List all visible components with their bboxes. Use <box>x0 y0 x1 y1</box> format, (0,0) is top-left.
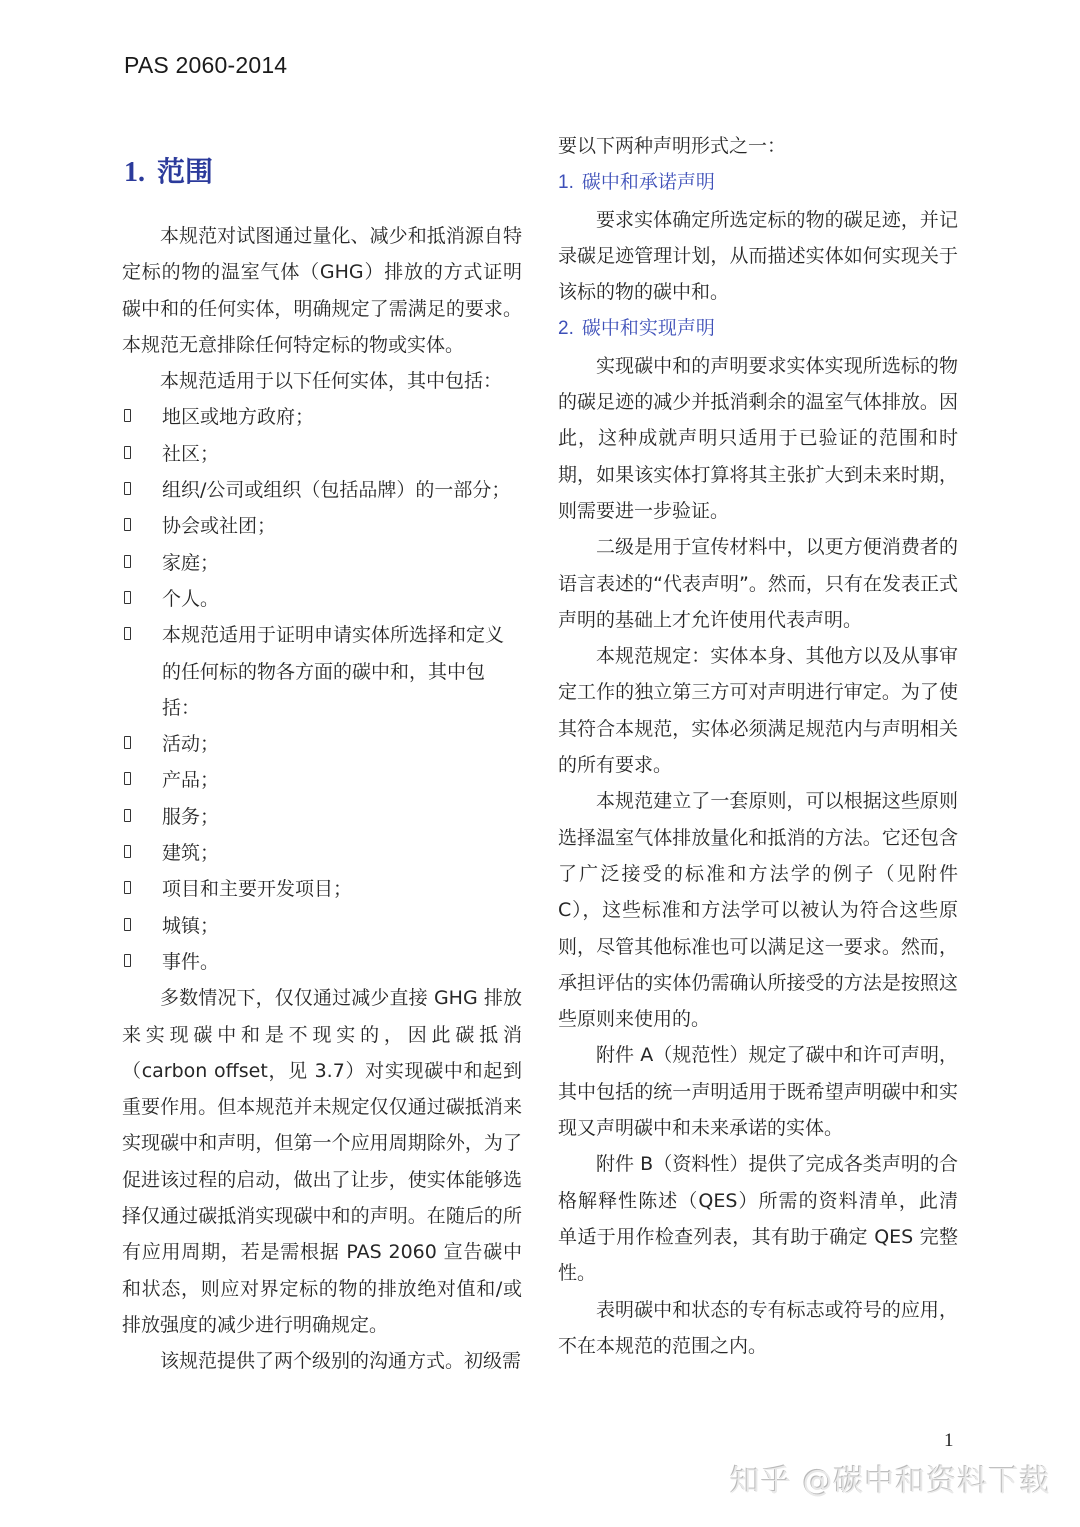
subjects-list: 活动； 产品； 服务； 建筑； 项目和主要开发项目； 城镇； 事件。 <box>122 726 522 980</box>
list-item: 活动； <box>122 726 522 762</box>
bullet-box-icon <box>124 446 131 459</box>
bullet-box-icon <box>124 809 131 822</box>
bullet-box-icon <box>124 627 131 640</box>
section-title-text: 范围 <box>157 155 213 188</box>
continuation-text: 要以下两种声明形式之一： <box>558 128 958 164</box>
list-item: 社区； <box>122 436 522 472</box>
paragraph-annex-a: 附件 A（规范性）规定了碳中和许可声明，其中包括的统一声明适用于既希望声明碳中和… <box>558 1037 958 1146</box>
paragraph-qualifying-explanatory: 二级是用于宣传材料中，以更方便消费者的语言表述的“代表声明”。然而，只有在发表正… <box>558 529 958 638</box>
running-header: PAS 2060-2014 <box>124 52 287 79</box>
declaration-body-commitment: 要求实体确定所选定标的物的碳足迹，并记录碳足迹管理计划，从而描述实体如何实现关于… <box>558 202 958 311</box>
bullet-box-icon <box>124 518 131 531</box>
bullet-box-icon <box>124 409 131 422</box>
paragraph-logo-scope: 表明碳中和状态的专有标志或符号的应用，不在本规范的范围之内。 <box>558 1292 958 1365</box>
entities-lead: 本规范适用于以下任何实体，其中包括： <box>122 363 522 399</box>
left-column: 本规范对试图通过量化、减少和抵消源自特定标的物的温室气体（GHG）排放的方式证明… <box>122 218 522 1380</box>
declaration-body-achievement: 实现碳中和的声明要求实体实现所选标的物的碳足迹的减少并抵消剩余的温室气体排放。因… <box>558 348 958 529</box>
paragraph-validation: 本规范规定：实体本身、其他方以及从事审定工作的独立第三方可对声明进行审定。为了使… <box>558 638 958 783</box>
bullet-box-icon <box>124 918 131 931</box>
list-item: 服务； <box>122 799 522 835</box>
bullet-box-icon <box>124 555 131 568</box>
list-item: 项目和主要开发项目； <box>122 871 522 907</box>
offset-paragraph: 多数情况下，仅仅通过减少直接 GHG 排放来实现碳中和是不现实的，因此碳抵消（c… <box>122 980 522 1343</box>
page-number: 1 <box>944 1430 954 1452</box>
list-item: 组织/公司或组织（包括品牌）的一部分； <box>122 472 522 508</box>
bullet-box-icon <box>124 772 131 785</box>
list-item: 事件。 <box>122 944 522 980</box>
list-item: 建筑； <box>122 835 522 871</box>
section-title: 1.范围 <box>124 150 213 190</box>
entities-list: 地区或地方政府； 社区； 组织/公司或组织（包括品牌）的一部分； 协会或社团； … <box>122 399 522 726</box>
list-item: 协会或社团； <box>122 508 522 544</box>
list-item: 个人。 <box>122 581 522 617</box>
communication-paragraph: 该规范提供了两个级别的沟通方式。初级需 <box>122 1343 522 1379</box>
right-column: 要以下两种声明形式之一： 1.碳中和承诺声明 要求实体确定所选定标的物的碳足迹，… <box>558 128 958 1364</box>
list-item: 地区或地方政府； <box>122 399 522 435</box>
paragraph-principles: 本规范建立了一套原则，可以根据这些原则选择温室气体排放量化和抵消的方法。它还包含… <box>558 783 958 1037</box>
bullet-box-icon <box>124 845 131 858</box>
bullet-box-icon <box>124 591 131 604</box>
list-item: 产品； <box>122 762 522 798</box>
list-item: 家庭； <box>122 545 522 581</box>
intro-paragraph: 本规范对试图通过量化、减少和抵消源自特定标的物的温室气体（GHG）排放的方式证明… <box>122 218 522 363</box>
bullet-box-icon <box>124 954 131 967</box>
section-number: 1. <box>124 157 145 188</box>
list-item: 本规范适用于证明申请实体所选择和定义的任何标的物各方面的碳中和，其中包括： <box>122 617 522 726</box>
paragraph-annex-b: 附件 B（资料性）提供了完成各类声明的合格解释性陈述（QES）所需的资料清单，此… <box>558 1146 958 1291</box>
declaration-heading-commitment: 1.碳中和承诺声明 <box>558 164 958 201</box>
bullet-box-icon <box>124 881 131 894</box>
declaration-heading-achievement: 2.碳中和实现声明 <box>558 310 958 347</box>
watermark: 知乎 @碳中和资料下载 <box>730 1456 1051 1500</box>
bullet-box-icon <box>124 482 131 495</box>
list-item: 城镇； <box>122 908 522 944</box>
bullet-box-icon <box>124 736 131 749</box>
